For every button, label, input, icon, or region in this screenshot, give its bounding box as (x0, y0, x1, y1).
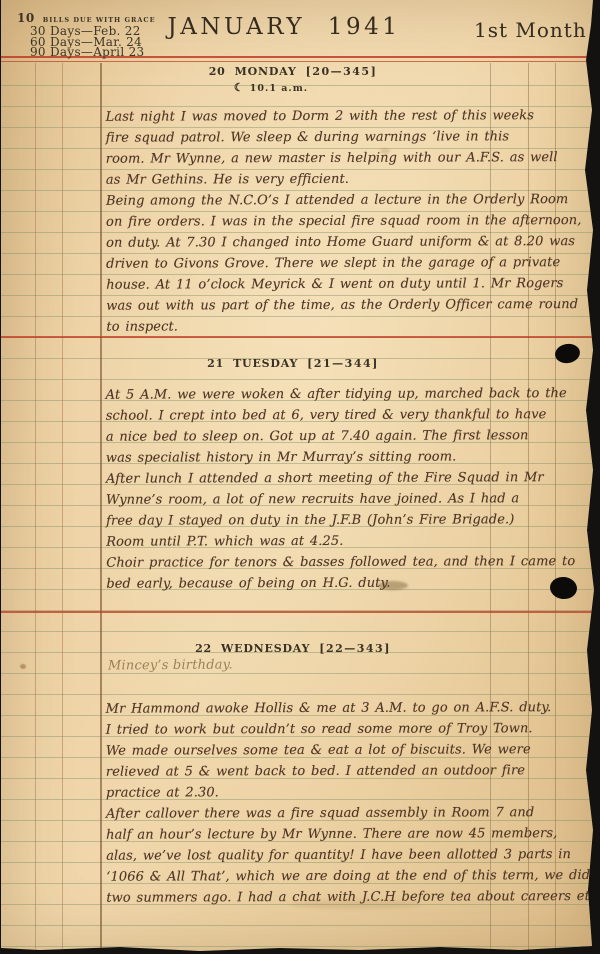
handwriting-line: fire squad patrol. We sleep & during war… (106, 126, 508, 148)
handwriting-line: was specialist history in Mr Murray’s si… (106, 446, 508, 468)
day-range: [21—344] (307, 357, 379, 370)
handwriting-line: as Mr Gethins. He is very efficient. (106, 168, 508, 190)
bills-due-line: 90 Days—April 23 (30, 47, 156, 58)
header-red-rule-bottom (0, 61, 600, 62)
handwriting-line: on duty. At 7.30 I changed into Home Gua… (106, 231, 508, 253)
section-divider-red-rule (0, 336, 600, 338)
handwriting-line: relieved at 5 & went back to bed. I atte… (106, 760, 508, 782)
section-divider-red-rule (0, 611, 600, 613)
handwriting-line: Being among the N.C.O’s I attended a lec… (106, 189, 508, 211)
moon-phase-icon: ☾ (234, 81, 245, 94)
handwriting-line: on fire orders. I was in the special fir… (106, 210, 508, 232)
entry-heading-monday: 20MONDAY[20—345] (100, 65, 486, 78)
handwriting-line: Choir practice for tenors & basses follo… (106, 551, 508, 573)
ink-smudge (378, 581, 408, 590)
diary-page: 10BILLS DUE WITH GRACE 30 Days—Feb. 22 6… (0, 0, 600, 954)
entry-body-monday: Last night I was moved to Dorm 2 with th… (106, 105, 509, 337)
paper-stain (290, 900, 420, 909)
day-name: TUESDAY (233, 357, 298, 370)
handwriting-line: Last night I was moved to Dorm 2 with th… (106, 105, 508, 127)
handwriting-line: free day I stayed on duty in the J.F.B (… (106, 509, 508, 531)
handwriting-line: was out with us part of the time, as the… (106, 294, 508, 316)
day-name: WEDNESDAY (221, 642, 310, 655)
handwriting-line: We made ourselves some tea & eat a lot o… (106, 739, 508, 761)
handwriting-line: to inspect. (106, 315, 508, 337)
day-number: 21 (207, 357, 224, 370)
handwriting-line: a nice bed to sleep on. Got up at 7.40 a… (106, 425, 508, 447)
day-range: [22—343] (319, 642, 391, 655)
handwriting-line: driven to Givons Grove. There we slept i… (106, 252, 508, 274)
paper-stain (20, 664, 26, 669)
handwriting-line: At 5 A.M. we were woken & after tidying … (106, 383, 508, 405)
day-number: 20 (209, 65, 226, 78)
handwriting-line: Mr Hammond awoke Hollis & me at 3 A.M. t… (106, 697, 508, 719)
margin-line-left-2 (62, 63, 63, 950)
handwriting-line: After callover there was a fire squad as… (106, 802, 508, 824)
handwriting-line: half an hour’s lecture by Mr Wynne. Ther… (106, 823, 508, 845)
handwriting-line: bed early, because of being on H.G. duty… (106, 572, 508, 594)
handwriting-line: alas, we’ve lost quality for quantity! I… (106, 844, 508, 866)
handwriting-line: I tried to work but couldn’t so read som… (106, 718, 508, 740)
handwriting-line: practice at 2.30. (106, 781, 508, 803)
entry-body-tuesday: At 5 A.M. we were woken & after tidying … (106, 383, 509, 594)
paper-stain (380, 148, 390, 154)
entry-heading-wednesday: 22WEDNESDAY[22—343] (100, 642, 486, 655)
handwriting-line: house. At 11 o’clock Meyrick & I went on… (106, 273, 508, 295)
handwriting-line: room. Mr Wynne, a new master is helping … (106, 147, 508, 169)
handwriting-line: Room until P.T. which was at 4.25. (106, 530, 508, 552)
margin-line-left-3 (100, 63, 102, 950)
handwriting-line: Wynne’s room, a lot of new recruits have… (106, 488, 508, 510)
handwriting-line: ‘1066 & All That’, which we are doing at… (106, 865, 508, 887)
entry-note-birthday: Mincey’s birthday. (108, 654, 233, 676)
day-name: MONDAY (235, 65, 297, 78)
margin-line-left-1 (35, 63, 36, 950)
handwriting-line: school. I crept into bed at 6, very tire… (106, 404, 508, 426)
moon-phase-line: ☾10.1 a.m. (78, 81, 464, 94)
moon-phase-time: 10.1 a.m. (250, 83, 308, 94)
handwriting-line: After lunch I attended a short meeting o… (106, 467, 508, 489)
entry-body-wednesday: Mr Hammond awoke Hollis & me at 3 A.M. t… (106, 697, 509, 908)
day-range: [20—345] (306, 65, 378, 78)
month-ordinal-label: 1st Month (474, 18, 587, 42)
day-number: 22 (195, 642, 212, 655)
entry-heading-tuesday: 21TUESDAY[21—344] (100, 357, 486, 370)
